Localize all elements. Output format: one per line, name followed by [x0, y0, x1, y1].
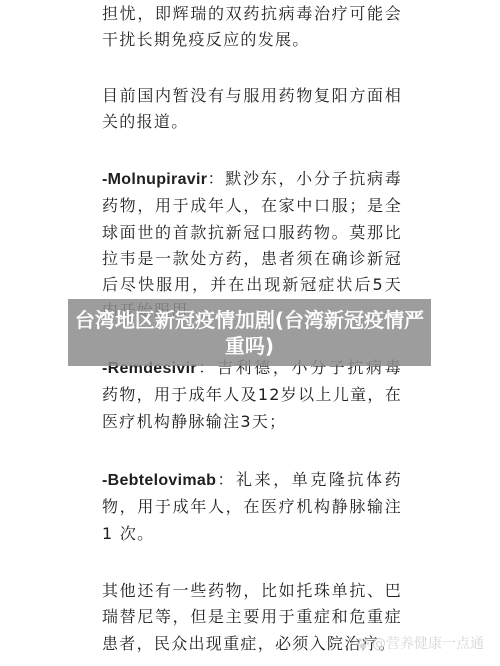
drug-name-molnupiravir: -Molnupiravir: [102, 171, 207, 188]
banner-title: 台湾地区新冠疫情加剧(台湾新冠疫情严重吗): [68, 307, 431, 359]
drug-name-bebtelovimab: -Bebtelovimab: [102, 472, 216, 489]
paragraph-no-reports: 目前国内暂没有与服用药物复阳方面相关的报道。: [102, 83, 402, 136]
paragraph-text: 目前国内暂没有与服用药物复阳方面相关的报道。: [102, 86, 402, 131]
paragraph-text: 担忧，即辉瑞的双药抗病毒治疗可能会干扰长期免疫反应的发展。: [102, 4, 402, 49]
paw-icon: [356, 636, 370, 650]
watermark: @营养健康一点通: [356, 633, 484, 653]
paragraph-remdesivir: -Remdesivir：吉利德，小分子抗病毒药物，用于成年人及12岁以上儿童，在…: [102, 355, 402, 435]
paragraph-text: ：默沙东，小分子抗病毒药物，用于成年人，在家中口服；是全球面世的首款抗新冠口服药…: [102, 169, 402, 320]
paragraph-immune-concern: 担忧，即辉瑞的双药抗病毒治疗可能会干扰长期免疫反应的发展。: [102, 1, 402, 54]
watermark-text: @营养健康一点通: [372, 633, 484, 653]
paragraph-bebtelovimab: -Bebtelovimab：礼来，单克隆抗体药物，用于成年人，在医疗机构静脉输注…: [102, 467, 402, 547]
title-banner: 台湾地区新冠疫情加剧(台湾新冠疫情严重吗): [68, 299, 431, 366]
